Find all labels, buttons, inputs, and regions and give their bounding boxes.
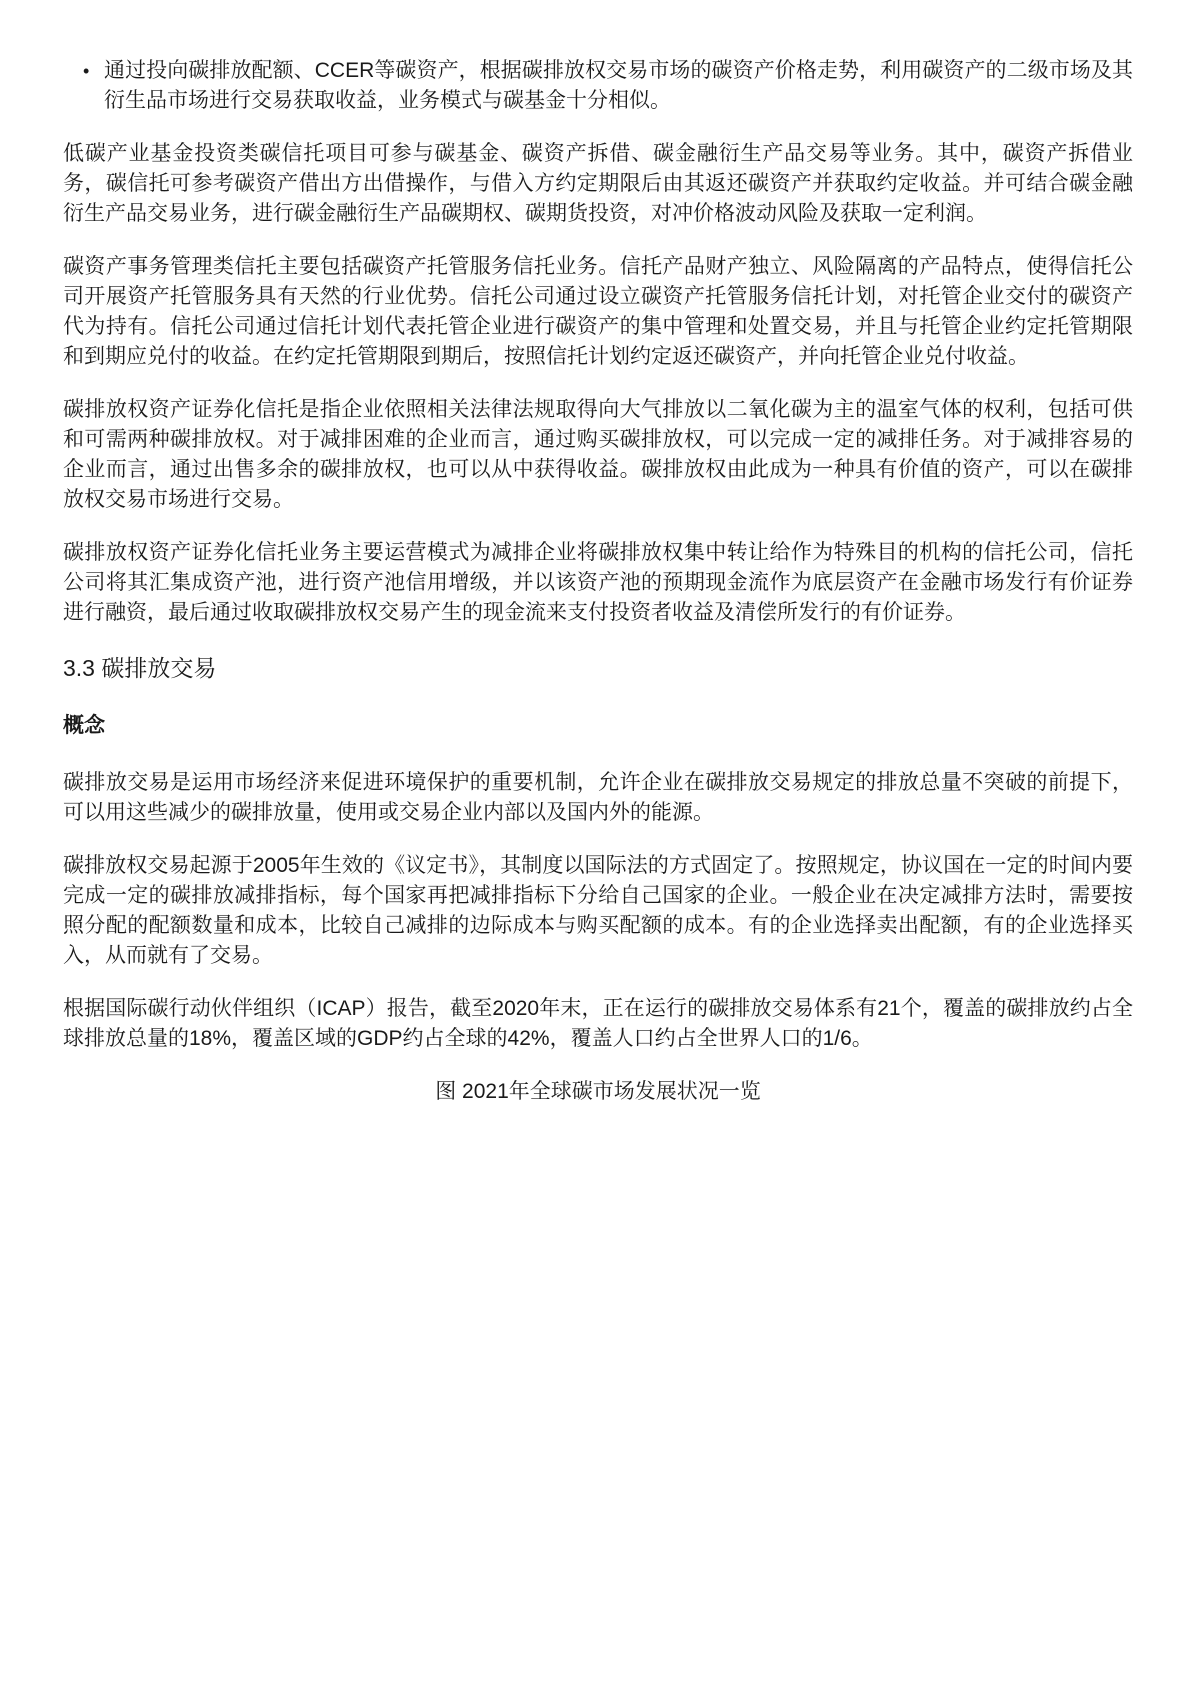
- paragraph-securitization-definition: 碳排放权资产证券化信托是指企业依照相关法律法规取得向大气排放以二氧化碳为主的温室…: [63, 395, 1133, 515]
- paragraph-asset-management-trust: 碳资产事务管理类信托主要包括碳资产托管服务信托业务。信托产品财产独立、风险隔离的…: [63, 252, 1133, 372]
- bullet-item-text: 通过投向碳排放配额、CCER等碳资产，根据碳排放权交易市场的碳资产价格走势，利用…: [104, 56, 1133, 116]
- section-heading-3-3: 3.3 碳排放交易: [63, 651, 1133, 685]
- paragraph-securitization-model: 碳排放权资产证券化信托业务主要运营模式为减排企业将碳排放权集中转让给作为特殊目的…: [63, 538, 1133, 628]
- paragraph-kyoto-protocol: 碳排放权交易起源于2005年生效的《议定书》，其制度以国际法的方式固定了。按照规…: [63, 851, 1133, 971]
- paragraph-concept-definition: 碳排放交易是运用市场经济来促进环境保护的重要机制，允许企业在碳排放交易规定的排放…: [63, 768, 1133, 828]
- bullet-icon: •: [63, 56, 104, 116]
- paragraph-icap-report: 根据国际碳行动伙伴组织（ICAP）报告，截至2020年末，正在运行的碳排放交易体…: [63, 994, 1133, 1054]
- figure-caption: 图 2021年全球碳市场发展状况一览: [63, 1077, 1133, 1107]
- paragraph-low-carbon-fund-trust: 低碳产业基金投资类碳信托项目可参与碳基金、碳资产拆借、碳金融衍生产品交易等业务。…: [63, 139, 1133, 229]
- document-page: • 通过投向碳排放配额、CCER等碳资产，根据碳排放权交易市场的碳资产价格走势，…: [0, 0, 1189, 1683]
- bullet-list-item: • 通过投向碳排放配额、CCER等碳资产，根据碳排放权交易市场的碳资产价格走势，…: [63, 56, 1133, 116]
- concept-heading: 概念: [63, 711, 1133, 741]
